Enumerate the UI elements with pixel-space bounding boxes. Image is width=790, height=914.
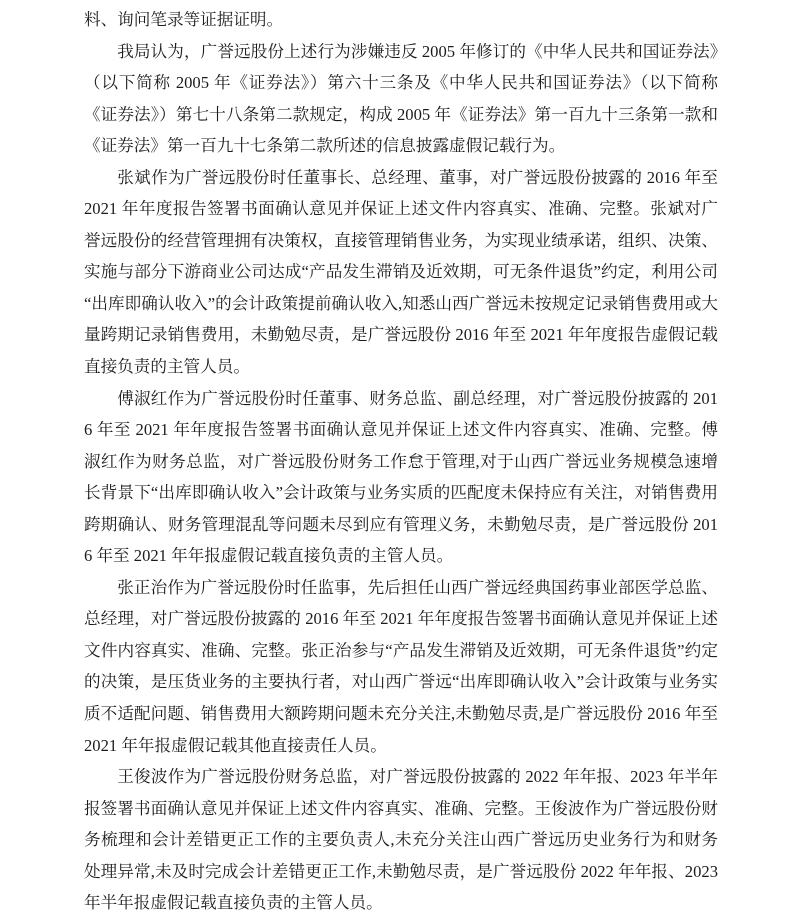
paragraph-wangjunbo-responsibility: 王俊波作为广誉远股份财务总监，对广誉远股份披露的 2022 年年报、2023 年… xyxy=(84,761,718,914)
paragraph-legal-finding: 我局认为，广誉远股份上述行为涉嫌违反 2005 年修订的《中华人民共和国证券法》… xyxy=(84,36,718,162)
document-page: 料、询问笔录等证据证明。 我局认为，广誉远股份上述行为涉嫌违反 2005 年修订… xyxy=(0,0,790,914)
paragraph-continuation: 料、询问笔录等证据证明。 xyxy=(84,4,718,36)
paragraph-zhangzhengzhi-responsibility: 张正治作为广誉远股份时任监事，先后担任山西广誉远经典国药事业部医学总监、总经理，… xyxy=(84,572,718,761)
paragraph-zhangbin-responsibility: 张斌作为广誉远股份时任董事长、总经理、董事，对广誉远股份披露的 2016 年至 … xyxy=(84,162,718,383)
paragraph-fushuhong-responsibility: 傅淑红作为广誉远股份时任董事、财务总监、副总经理，对广誉远股份披露的 2016 … xyxy=(84,383,718,572)
